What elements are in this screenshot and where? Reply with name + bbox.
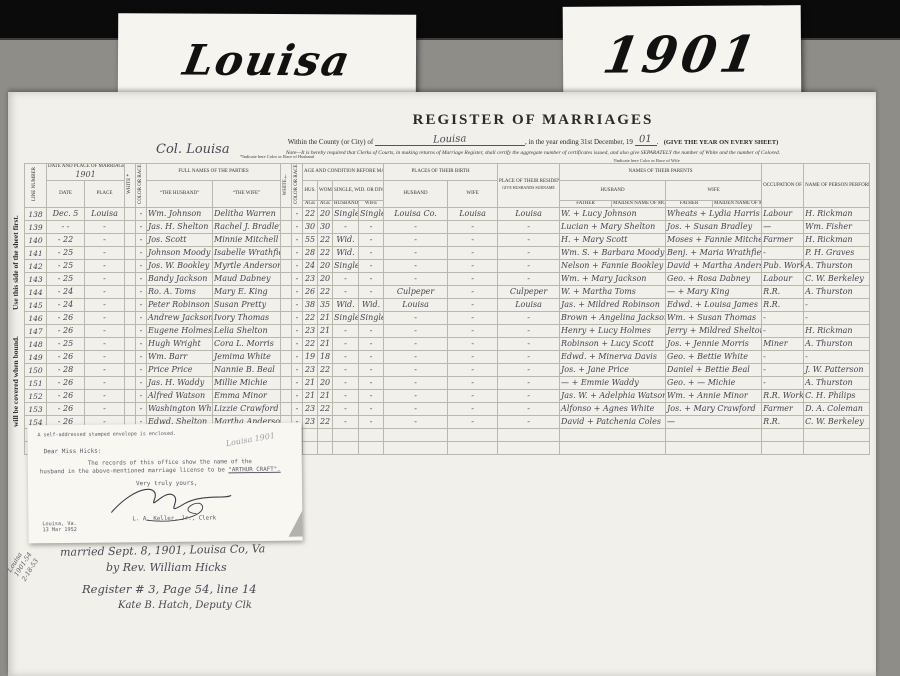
cell-h-age: 23 bbox=[303, 364, 318, 377]
cell-w-age: 22 bbox=[318, 247, 333, 260]
cell-w-cond: - bbox=[359, 234, 384, 247]
empty-cell bbox=[359, 442, 384, 455]
cell-h-parents: W. + Martha Toms bbox=[560, 286, 666, 299]
cell-wife: Rachel J. Bradley bbox=[213, 221, 281, 234]
cell-occupation: - bbox=[762, 247, 804, 260]
table-row: 153- 26--Washington WhiteLizzie Crawford… bbox=[25, 403, 870, 416]
cell-h-age: 21 bbox=[303, 390, 318, 403]
cell-w-age: 20 bbox=[318, 260, 333, 273]
cell-h-parents: Wm. + Mary Jackson bbox=[560, 273, 666, 286]
cell-c1: - bbox=[136, 364, 147, 377]
cell-w-age: 22 bbox=[318, 364, 333, 377]
cell-minister: J. W. Patterson bbox=[804, 364, 870, 377]
cell-residence: - bbox=[498, 338, 560, 351]
header-residence-sub: Give Husbands Surname bbox=[502, 185, 555, 190]
year-handwritten: 01 bbox=[639, 134, 652, 145]
cell-h-birth: - bbox=[384, 325, 448, 338]
cell-w2 bbox=[281, 299, 292, 312]
cell-occupation: Farmer bbox=[762, 403, 804, 416]
cell-w-birth: - bbox=[448, 221, 498, 234]
cell-w-cond: - bbox=[359, 364, 384, 377]
table-row: 140- 22--Jos. ScottMinnie Mitchell-5522W… bbox=[25, 234, 870, 247]
table-header: Line Number DATE AND PLACE OF MARRIAGE19… bbox=[25, 164, 870, 208]
cell-h-parents: Brown + Angelina Jackson bbox=[560, 312, 666, 325]
cell-date: - 26 bbox=[47, 390, 85, 403]
cell-husband: Washington White bbox=[147, 403, 213, 416]
cell-place: - bbox=[85, 260, 125, 273]
cell-h-age: 23 bbox=[303, 403, 318, 416]
table-row: 142- 25--Jos. W. BookleyMyrtle Anderson-… bbox=[25, 260, 870, 273]
header-age-husband: Age bbox=[303, 201, 318, 208]
cell-w1 bbox=[125, 403, 136, 416]
header-parents-wife: WIFE bbox=[666, 181, 762, 201]
cell-date: - 26 bbox=[47, 377, 85, 390]
cell-h-cond: - bbox=[333, 416, 359, 429]
header-cond-husband: Husband bbox=[333, 201, 359, 208]
cell-h-parents: Alfonso + Agnes White bbox=[560, 403, 666, 416]
cell-h-parents: W. + Lucy Johnson bbox=[560, 208, 666, 221]
cell-h-cond: - bbox=[333, 390, 359, 403]
cell-no: 148 bbox=[25, 338, 47, 351]
empty-cell bbox=[498, 429, 560, 442]
note-deputy-clerk: Kate B. Hatch, Deputy Clk bbox=[118, 600, 252, 611]
cell-h-parents: David + Patchenia Coles bbox=[560, 416, 666, 429]
cell-husband: Eugene Holmes bbox=[147, 325, 213, 338]
cell-h-age: 19 bbox=[303, 351, 318, 364]
cell-c1: - bbox=[136, 390, 147, 403]
cell-occupation: R.R. bbox=[762, 286, 804, 299]
header-full-names: FULL NAMES OF THE PARTIES bbox=[147, 164, 281, 181]
empty-cell bbox=[560, 442, 666, 455]
cell-h-cond: - bbox=[333, 221, 359, 234]
cell-c2: - bbox=[292, 338, 303, 351]
cell-c2: - bbox=[292, 273, 303, 286]
cell-w-cond: Single bbox=[359, 312, 384, 325]
cell-residence: - bbox=[498, 390, 560, 403]
cell-w1 bbox=[125, 364, 136, 377]
empty-cell bbox=[804, 429, 870, 442]
cell-minister: - bbox=[804, 351, 870, 364]
cell-h-cond: Single bbox=[333, 312, 359, 325]
letter-envelope-line: A self-addressed stamped envelope is enc… bbox=[37, 431, 176, 438]
cell-husband: Wm. Johnson bbox=[147, 208, 213, 221]
header-date-place: DATE AND PLACE OF MARRIAGE1901 bbox=[47, 164, 125, 181]
cell-residence: - bbox=[498, 377, 560, 390]
cell-minister: A. Thurston bbox=[804, 338, 870, 351]
cell-h-birth: Louisa bbox=[384, 299, 448, 312]
empty-cell bbox=[303, 442, 318, 455]
header-the-husband: “The Husband” bbox=[147, 181, 213, 208]
empty-cell bbox=[384, 442, 448, 455]
cell-place: - bbox=[85, 299, 125, 312]
header-age-condition: AGE AND CONDITION BEFORE MARRIAGE bbox=[303, 164, 384, 181]
cell-h-birth: - bbox=[384, 390, 448, 403]
cell-date: - 24 bbox=[47, 299, 85, 312]
cell-residence: Louisa bbox=[498, 208, 560, 221]
cell-husband: Jos. W. Bookley bbox=[147, 260, 213, 273]
empty-cell bbox=[666, 442, 762, 455]
cell-w-age: 20 bbox=[318, 377, 333, 390]
header-color-husband: Color or Race * bbox=[136, 164, 147, 208]
empty-cell bbox=[318, 442, 333, 455]
cell-w2 bbox=[281, 208, 292, 221]
cell-w-age: 22 bbox=[318, 416, 333, 429]
letter-signature-typed: L. A. Keller, Jr., Clerk bbox=[132, 515, 216, 522]
cell-w-birth: - bbox=[448, 364, 498, 377]
empty-cell bbox=[762, 442, 804, 455]
color-annotation: Col. Louisa bbox=[156, 142, 230, 157]
cell-residence: - bbox=[498, 403, 560, 416]
cell-date: - 26 bbox=[47, 351, 85, 364]
cell-residence: - bbox=[498, 221, 560, 234]
cell-w1 bbox=[125, 286, 136, 299]
cell-minister: - bbox=[804, 299, 870, 312]
table-row: 146- 26--Andrew JacksonIvory Thomas-2221… bbox=[25, 312, 870, 325]
cell-date: - - bbox=[47, 221, 85, 234]
letter-body-line2-pre: husband in the above-mentioned marriage … bbox=[40, 467, 229, 475]
cell-minister: A. Thurston bbox=[804, 286, 870, 299]
cell-w-age: 21 bbox=[318, 325, 333, 338]
cell-c1: - bbox=[136, 273, 147, 286]
cell-w-parents: — + Mary King bbox=[666, 286, 762, 299]
cell-occupation: R.R. Work bbox=[762, 390, 804, 403]
cell-h-cond: - bbox=[333, 286, 359, 299]
cell-occupation: Farmer bbox=[762, 234, 804, 247]
cell-h-age: 55 bbox=[303, 234, 318, 247]
cell-h-birth: - bbox=[384, 338, 448, 351]
cell-husband: Price Price bbox=[147, 364, 213, 377]
cell-residence: - bbox=[498, 273, 560, 286]
letter-body-line1: The records of this office show the name… bbox=[88, 459, 252, 467]
cell-h-parents: Lucian + Mary Shelton bbox=[560, 221, 666, 234]
cell-occupation: R.R. bbox=[762, 416, 804, 429]
cell-occupation: Labour bbox=[762, 208, 804, 221]
cell-h-birth: - bbox=[384, 260, 448, 273]
cell-h-parents: Edwd. + Minerva Davis bbox=[560, 351, 666, 364]
cell-w-cond: Single bbox=[359, 208, 384, 221]
cell-w1 bbox=[125, 260, 136, 273]
cell-h-cond: Wid. bbox=[333, 234, 359, 247]
cell-residence: - bbox=[498, 325, 560, 338]
cell-husband: Peter Robinson bbox=[147, 299, 213, 312]
cell-minister: D. A. Coleman bbox=[804, 403, 870, 416]
cell-h-parents: Jas. + Mildred Robinson bbox=[560, 299, 666, 312]
register-sheet: Use this side of the sheet first. will b… bbox=[8, 92, 876, 676]
cell-h-birth: - bbox=[384, 377, 448, 390]
cell-c2: - bbox=[292, 286, 303, 299]
cell-no: 139 bbox=[25, 221, 47, 234]
cell-residence: Culpeper bbox=[498, 286, 560, 299]
cell-w-birth: - bbox=[448, 286, 498, 299]
cell-c1: - bbox=[136, 312, 147, 325]
cell-w1 bbox=[125, 299, 136, 312]
cell-w2 bbox=[281, 312, 292, 325]
header-mother-husband: Maiden Name of Mother bbox=[612, 201, 666, 208]
letter-pencil-note: Louisa 1901 bbox=[226, 431, 276, 448]
cell-residence: - bbox=[498, 247, 560, 260]
cell-c2: - bbox=[292, 325, 303, 338]
header-line-number: Line Number bbox=[25, 164, 47, 208]
cell-h-parents: — + Emmie Waddy bbox=[560, 377, 666, 390]
cell-w-cond: - bbox=[359, 377, 384, 390]
cell-place: - bbox=[85, 403, 125, 416]
cell-minister: C. W. Berkeley bbox=[804, 273, 870, 286]
cell-date: - 26 bbox=[47, 325, 85, 338]
cell-w-parents: — bbox=[666, 416, 762, 429]
header-father-wife: Father bbox=[666, 201, 713, 208]
cell-date: - 25 bbox=[47, 247, 85, 260]
cell-place: - bbox=[85, 247, 125, 260]
cell-c1: - bbox=[136, 299, 147, 312]
cell-h-parents: Wm. S. + Barbara Moody bbox=[560, 247, 666, 260]
table-row: 147- 26--Eugene HolmesLelia Shelton-2321… bbox=[25, 325, 870, 338]
cell-w1 bbox=[125, 312, 136, 325]
cell-wife: Susan Pretty bbox=[213, 299, 281, 312]
cell-h-age: 22 bbox=[303, 312, 318, 325]
cell-w-cond: - bbox=[359, 221, 384, 234]
letter-fold-corner bbox=[288, 511, 302, 537]
cell-h-birth: - bbox=[384, 351, 448, 364]
note-minister: by Rev. William Hicks bbox=[106, 561, 227, 574]
cell-c2: - bbox=[292, 299, 303, 312]
cell-occupation: - bbox=[762, 312, 804, 325]
cell-occupation: R.R. bbox=[762, 299, 804, 312]
cell-w2 bbox=[281, 273, 292, 286]
cell-no: 153 bbox=[25, 403, 47, 416]
cell-wife: Emma Minor bbox=[213, 390, 281, 403]
header-the-wife: “The Wife” bbox=[213, 181, 281, 208]
cell-occupation: - bbox=[762, 364, 804, 377]
table-row: 151- 26--Jas. H. WaddyMillie Michie-2120… bbox=[25, 377, 870, 390]
header-place: Place bbox=[85, 181, 125, 208]
cell-w2 bbox=[281, 351, 292, 364]
cell-w-age: 21 bbox=[318, 338, 333, 351]
cell-wife: Lizzie Crawford bbox=[213, 403, 281, 416]
header-births: PLACES OF THEIR BIRTH bbox=[384, 164, 498, 181]
empty-cell bbox=[303, 429, 318, 442]
header-occupation: OCCUPATION OF HUSBAND bbox=[762, 164, 804, 208]
cell-residence: - bbox=[498, 416, 560, 429]
cell-w-age: 22 bbox=[318, 403, 333, 416]
cell-no: 151 bbox=[25, 377, 47, 390]
cell-date: - 24 bbox=[47, 286, 85, 299]
cell-c1: - bbox=[136, 221, 147, 234]
cell-c2: - bbox=[292, 403, 303, 416]
empty-cell bbox=[359, 429, 384, 442]
empty-cell bbox=[762, 429, 804, 442]
scanned-document: Louisa 1901 Use this side of the sheet f… bbox=[0, 0, 900, 676]
empty-cell bbox=[804, 442, 870, 455]
cell-w-cond: - bbox=[359, 286, 384, 299]
cell-h-age: 38 bbox=[303, 299, 318, 312]
cell-h-cond: - bbox=[333, 273, 359, 286]
cell-w-birth: - bbox=[448, 260, 498, 273]
cell-residence: Louisa bbox=[498, 299, 560, 312]
cell-place: - bbox=[85, 351, 125, 364]
cell-wife: Cora L. Morris bbox=[213, 338, 281, 351]
cell-wife: Maud Dabney bbox=[213, 273, 281, 286]
header-cond-wife: Wife bbox=[359, 201, 384, 208]
cell-minister: C. W. Berkeley bbox=[804, 416, 870, 429]
table-row: 143- 25--Bandy JacksonMaud Dabney-2320--… bbox=[25, 273, 870, 286]
clerk-letter: A self-addressed stamped envelope is enc… bbox=[27, 423, 302, 544]
table-row: 152- 26--Alfred WatsonEmma Minor-2121---… bbox=[25, 390, 870, 403]
cell-date: - 26 bbox=[47, 312, 85, 325]
cell-residence: - bbox=[498, 234, 560, 247]
cell-h-cond: - bbox=[333, 377, 359, 390]
cell-c2: - bbox=[292, 312, 303, 325]
cell-husband: Andrew Jackson bbox=[147, 312, 213, 325]
cell-w-age: 21 bbox=[318, 312, 333, 325]
cell-wife: Lelia Shelton bbox=[213, 325, 281, 338]
header-year-handwritten: 1901 bbox=[48, 170, 123, 180]
cell-no: 138 bbox=[25, 208, 47, 221]
cell-w2 bbox=[281, 221, 292, 234]
form-note: Note—It is hereby required that Clerks o… bbox=[243, 150, 823, 156]
header-age-wife: Age bbox=[318, 201, 333, 208]
cell-w-cond: - bbox=[359, 403, 384, 416]
cell-h-cond: - bbox=[333, 325, 359, 338]
cell-w-age: 21 bbox=[318, 390, 333, 403]
county-line: Within the County (or City) of Louisa, i… bbox=[243, 134, 823, 146]
cell-w2 bbox=[281, 403, 292, 416]
header-wom: Wom. bbox=[318, 181, 333, 201]
cell-husband: Jos. Scott bbox=[147, 234, 213, 247]
cell-w-cond: Wid. bbox=[359, 299, 384, 312]
cell-wife: Isabelle Wrathfield bbox=[213, 247, 281, 260]
cell-minister: H. Rickman bbox=[804, 234, 870, 247]
table-row: 139- ---Jas. H. SheltonRachel J. Bradley… bbox=[25, 221, 870, 234]
cell-w1 bbox=[125, 273, 136, 286]
cell-wife: Jemima White bbox=[213, 351, 281, 364]
note-married: married Sept. 8, 1901, Louisa Co, Va bbox=[60, 542, 266, 559]
table-row: 138Dec. 5Louisa-Wm. JohnsonDelitha Warre… bbox=[25, 208, 870, 221]
empty-cell bbox=[333, 442, 359, 455]
cell-w-parents: Edwd. + Louisa James bbox=[666, 299, 762, 312]
cell-place: - bbox=[85, 377, 125, 390]
cell-w1 bbox=[125, 221, 136, 234]
cell-w-cond: - bbox=[359, 247, 384, 260]
cell-w1 bbox=[125, 247, 136, 260]
cell-wife: Myrtle Anderson bbox=[213, 260, 281, 273]
cell-husband: Johnson Moody bbox=[147, 247, 213, 260]
empty-cell bbox=[384, 429, 448, 442]
cell-w-birth: - bbox=[448, 403, 498, 416]
cell-w-parents: Geo. + — Michie bbox=[666, 377, 762, 390]
cell-place: - bbox=[85, 364, 125, 377]
cell-w-birth: - bbox=[448, 325, 498, 338]
cell-c1: - bbox=[136, 247, 147, 260]
cell-h-age: 24 bbox=[303, 260, 318, 273]
cell-w1 bbox=[125, 208, 136, 221]
cell-no: 142 bbox=[25, 260, 47, 273]
cell-w-parents: Daniel + Bettie Beal bbox=[666, 364, 762, 377]
cell-c2: - bbox=[292, 247, 303, 260]
empty-cell bbox=[666, 429, 762, 442]
cell-h-age: 21 bbox=[303, 377, 318, 390]
cell-h-cond: Wid. bbox=[333, 247, 359, 260]
cell-w2 bbox=[281, 234, 292, 247]
cell-w-parents: Jos. + Mary Crawford bbox=[666, 403, 762, 416]
cell-no: 140 bbox=[25, 234, 47, 247]
header-white-husband: White * bbox=[125, 164, 136, 208]
cell-no: 144 bbox=[25, 286, 47, 299]
cell-minister: H. Rickman bbox=[804, 208, 870, 221]
county-label-text: Louisa bbox=[179, 35, 355, 85]
cell-date: - 26 bbox=[47, 403, 85, 416]
cell-minister: - bbox=[804, 312, 870, 325]
cell-residence: - bbox=[498, 260, 560, 273]
cell-c1: - bbox=[136, 338, 147, 351]
cell-h-birth: - bbox=[384, 273, 448, 286]
cell-minister: P. H. Graves bbox=[804, 247, 870, 260]
cell-w-cond: - bbox=[359, 260, 384, 273]
cell-h-cond: Single bbox=[333, 260, 359, 273]
table-row: 150- 28--Price PriceNannie B. Beal-2322-… bbox=[25, 364, 870, 377]
cell-w-birth: - bbox=[448, 299, 498, 312]
cell-w2 bbox=[281, 260, 292, 273]
cell-place: - bbox=[85, 390, 125, 403]
empty-cell bbox=[448, 442, 498, 455]
cell-h-parents: Jos. + Jane Price bbox=[560, 364, 666, 377]
cell-residence: - bbox=[498, 351, 560, 364]
cell-w2 bbox=[281, 247, 292, 260]
cell-place: Louisa bbox=[85, 208, 125, 221]
cell-c2: - bbox=[292, 390, 303, 403]
cell-h-parents: Nelson + Fannie Bookley bbox=[560, 260, 666, 273]
cell-w-parents: Moses + Fannie Mitchell bbox=[666, 234, 762, 247]
cell-c2: - bbox=[292, 221, 303, 234]
cell-no: 145 bbox=[25, 299, 47, 312]
cell-w-age: 20 bbox=[318, 273, 333, 286]
cell-wife: Ivory Thomas bbox=[213, 312, 281, 325]
cell-w2 bbox=[281, 286, 292, 299]
cell-c1: - bbox=[136, 325, 147, 338]
cell-h-cond: Single bbox=[333, 208, 359, 221]
cell-w-parents: Jerry + Mildred Shelton bbox=[666, 325, 762, 338]
cell-h-birth: - bbox=[384, 403, 448, 416]
cell-w-age: 18 bbox=[318, 351, 333, 364]
cell-w2 bbox=[281, 338, 292, 351]
cell-no: 149 bbox=[25, 351, 47, 364]
cell-h-birth: - bbox=[384, 221, 448, 234]
cell-w-age: 35 bbox=[318, 299, 333, 312]
cell-h-birth: Culpeper bbox=[384, 286, 448, 299]
side-filing-note: Louisa 1901-54 2-18-53 bbox=[6, 546, 42, 582]
table-row: 141- 25--Johnson MoodyIsabelle Wrathfiel… bbox=[25, 247, 870, 260]
cell-date: - 28 bbox=[47, 364, 85, 377]
cell-occupation: - bbox=[762, 351, 804, 364]
cell-w2 bbox=[281, 364, 292, 377]
cell-residence: - bbox=[498, 364, 560, 377]
header-mother-wife: Maiden Name of Mother bbox=[713, 201, 762, 208]
cell-no: 152 bbox=[25, 390, 47, 403]
cell-h-age: 23 bbox=[303, 273, 318, 286]
cell-husband: Ro. A. Toms bbox=[147, 286, 213, 299]
cell-wife: Nannie B. Beal bbox=[213, 364, 281, 377]
empty-cell bbox=[498, 442, 560, 455]
cell-minister: A. Thurston bbox=[804, 260, 870, 273]
cell-w-birth: - bbox=[448, 351, 498, 364]
cell-w-cond: - bbox=[359, 273, 384, 286]
cell-occupation: Labour bbox=[762, 273, 804, 286]
cell-w-cond: - bbox=[359, 390, 384, 403]
cell-c2: - bbox=[292, 260, 303, 273]
cell-h-cond: Wid. bbox=[333, 299, 359, 312]
header-minister: NAME OF PERSON PERFORMING MARRIAGE CEREM… bbox=[804, 164, 870, 208]
cell-occupation: - bbox=[762, 325, 804, 338]
cell-h-birth: - bbox=[384, 416, 448, 429]
